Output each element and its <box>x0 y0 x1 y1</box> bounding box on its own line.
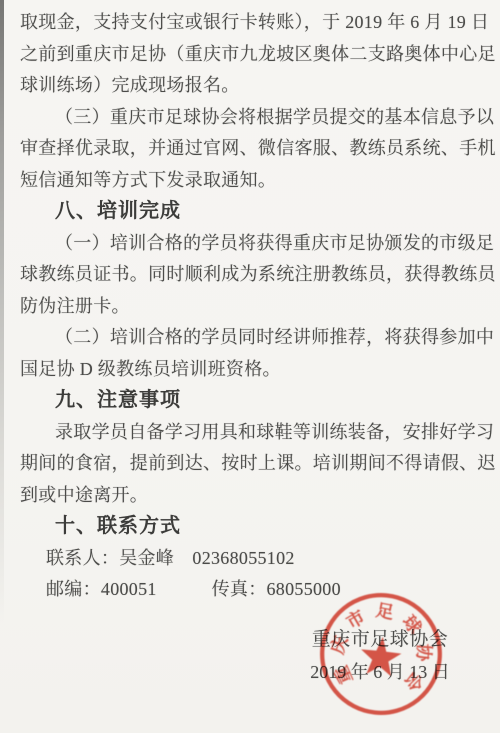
text-line: （一）培训合格的学员将获得重庆市足协颁发的市级足 <box>20 228 488 260</box>
text-line: 八、培训完成 <box>20 196 488 228</box>
text-line: （二）培训合格的学员同时经讲师推荐，将获得参加中 <box>20 322 488 354</box>
document-body: 取现金，支持支付宝或银行卡转账），于 2019 年 6 月 19 日之前到重庆市… <box>20 7 488 606</box>
text-line: 球训练场）完成现场报名。 <box>20 70 488 102</box>
scan-edge-shadow <box>0 0 4 733</box>
text-line: 期间的食宿，提前到达、按时上课。培训期间不得请假、迟 <box>20 448 488 480</box>
text-line: 十、联系方式 <box>20 511 488 543</box>
text-line: 联系人：吴金峰 02368055102 <box>20 543 488 575</box>
text-line: 防伪注册卡。 <box>20 291 488 323</box>
text-line: 球教练员证书。同时顺利成为系统注册教练员，获得教练员 <box>20 259 488 291</box>
text-line: 到或中途离开。 <box>20 480 488 512</box>
text-line: 九、注意事项 <box>20 385 488 417</box>
document-page: 取现金，支持支付宝或银行卡转账），于 2019 年 6 月 19 日之前到重庆市… <box>0 0 500 733</box>
text-line: 国足协 D 级教练员培训班资格。 <box>20 354 488 386</box>
text-line: （三）重庆市足球协会将根据学员提交的基本信息予以 <box>20 102 488 134</box>
text-line: 审查择优录取，并通过官网、微信客服、教练员系统、手机 <box>20 133 488 165</box>
text-line: 取现金，支持支付宝或银行卡转账），于 2019 年 6 月 19 日 <box>20 7 488 39</box>
text-line: 之前到重庆市足协（重庆市九龙坡区奥体二支路奥体中心足 <box>20 39 488 71</box>
text-line: 录取学员自备学习用具和球鞋等训练装备，安排好学习 <box>20 417 488 449</box>
star-icon <box>359 635 403 678</box>
official-seal: 重庆市足球协会 <box>310 583 452 725</box>
text-line: 短信通知等方式下发录取通知。 <box>20 165 488 197</box>
